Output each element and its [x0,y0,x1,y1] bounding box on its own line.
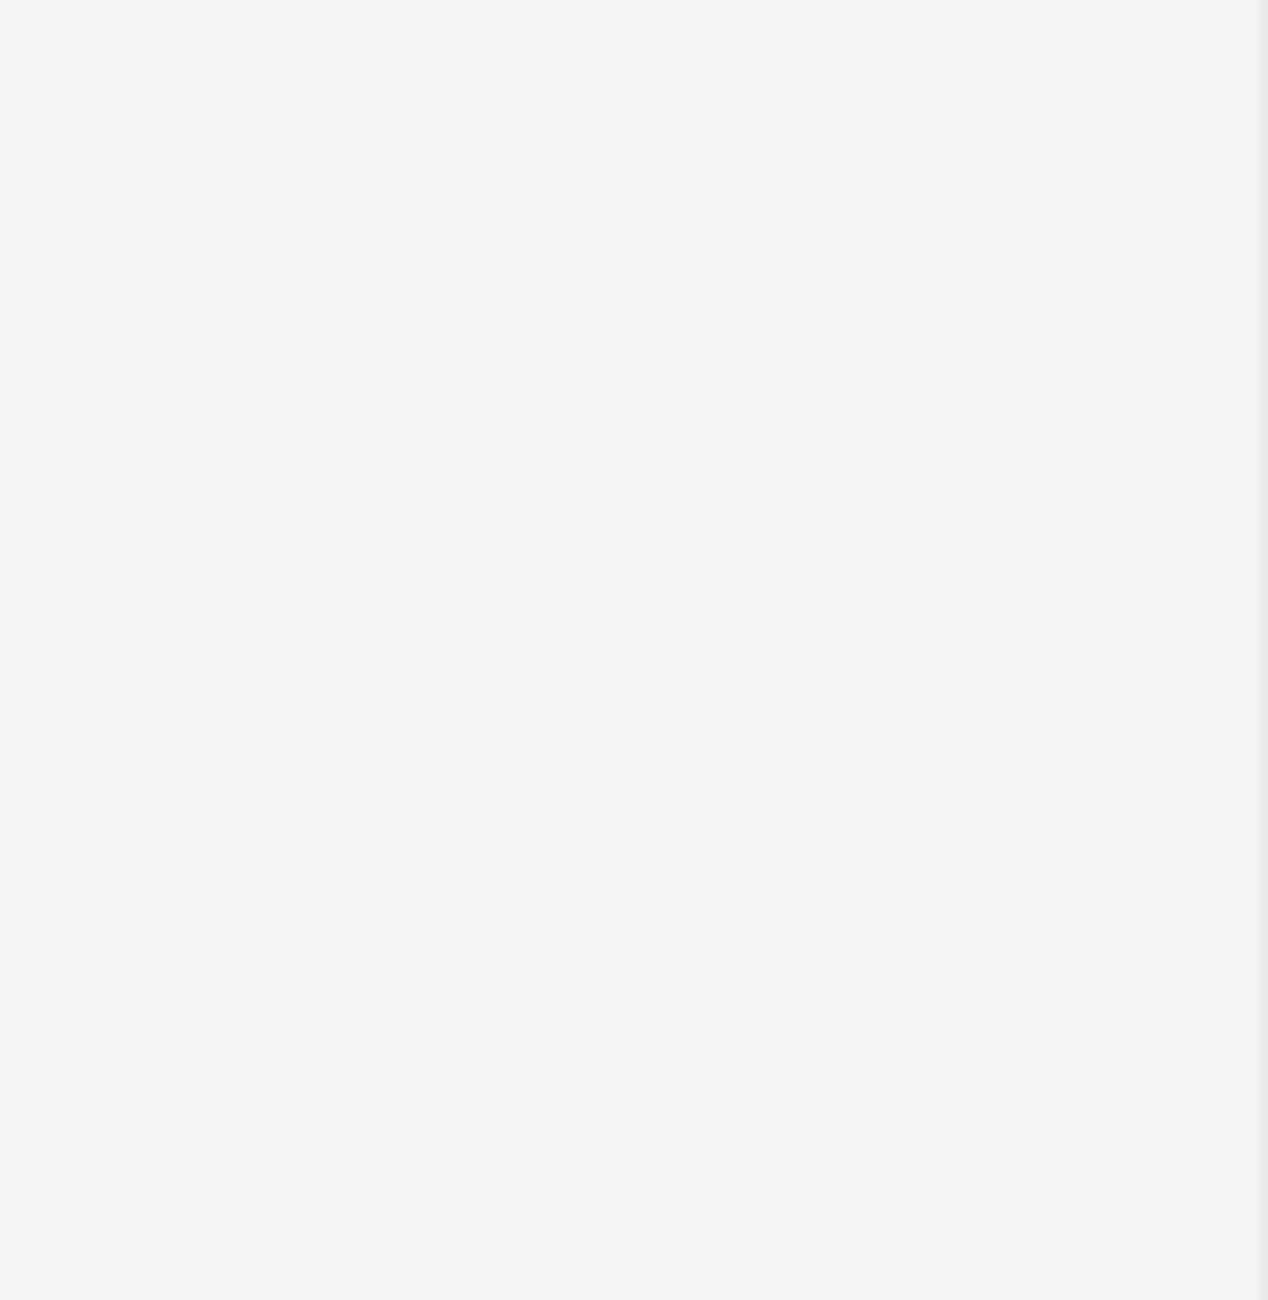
scanned-page [0,0,1268,1300]
page-edge-shadow [1256,0,1268,1300]
